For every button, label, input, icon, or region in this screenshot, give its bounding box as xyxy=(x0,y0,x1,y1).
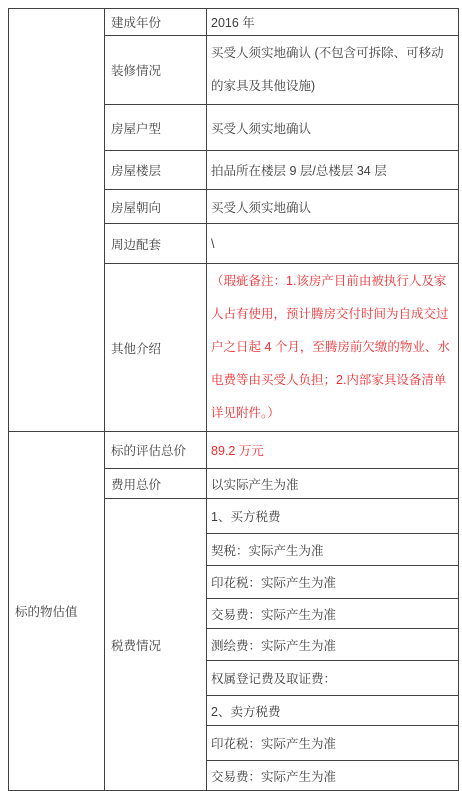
row-value-layout: 买受人须实地确认 xyxy=(207,105,459,151)
row-label-floor: 房屋楼层 xyxy=(105,151,207,190)
row-label-decoration: 装修情况 xyxy=(105,36,207,105)
row-value-stamp-tax-seller: 印花税：实际产生为准 xyxy=(207,726,459,761)
row-label-layout: 房屋户型 xyxy=(105,105,207,151)
row-label-other-intro: 其他介绍 xyxy=(105,264,207,432)
row-value-transaction-fee-buyer: 交易费：实际产生为准 xyxy=(207,599,459,629)
row-value-build-year: 2016 年 xyxy=(207,9,459,36)
row-value-transaction-fee-seller: 交易费：实际产生为准 xyxy=(207,761,459,791)
row-value-surroundings: \ xyxy=(207,224,459,264)
row-value-deed-tax: 契税：实际产生为准 xyxy=(207,534,459,566)
row-label-appraised-price: 标的评估总价 xyxy=(105,432,207,469)
table-row: 建成年份 2016 年 xyxy=(9,9,459,36)
row-value-floor: 拍品所在楼层 9 层/总楼层 34 层 xyxy=(207,151,459,190)
table-row: 标的物估值 标的评估总价 89.2 万元 xyxy=(9,432,459,469)
row-value-tax-seller-header: 2、卖方税费 xyxy=(207,696,459,726)
group-cell-top-empty xyxy=(9,9,105,432)
row-label-surroundings: 周边配套 xyxy=(105,224,207,264)
row-value-registration-fee: 权属登记费及取证费： xyxy=(207,661,459,696)
row-label-orientation: 房屋朝向 xyxy=(105,190,207,224)
row-value-fee-total: 以实际产生为准 xyxy=(207,469,459,499)
row-label-tax-situation: 税费情况 xyxy=(105,499,207,791)
row-value-stamp-tax-buyer: 印花税：实际产生为准 xyxy=(207,566,459,599)
row-value-other-intro-defect-note: （瑕疵备注：1.该房产目前由被执行人及家人占有使用，预计腾房交付时间为自成交过户… xyxy=(207,264,459,432)
row-value-orientation: 买受人须实地确认 xyxy=(207,190,459,224)
row-value-tax-buyer-header: 1、买方税费 xyxy=(207,499,459,534)
property-info-table: 建成年份 2016 年 装修情况 买受人须实地确认 (不包含可拆除、可移动的家具… xyxy=(8,8,459,791)
row-value-decoration: 买受人须实地确认 (不包含可拆除、可移动的家具及其他设施) xyxy=(207,36,459,105)
group-cell-valuation: 标的物估值 xyxy=(9,432,105,791)
row-label-build-year: 建成年份 xyxy=(105,9,207,36)
row-value-appraised-price: 89.2 万元 xyxy=(207,432,459,469)
row-value-surveying-fee: 测绘费：实际产生为准 xyxy=(207,629,459,661)
row-label-fee-total: 费用总价 xyxy=(105,469,207,499)
